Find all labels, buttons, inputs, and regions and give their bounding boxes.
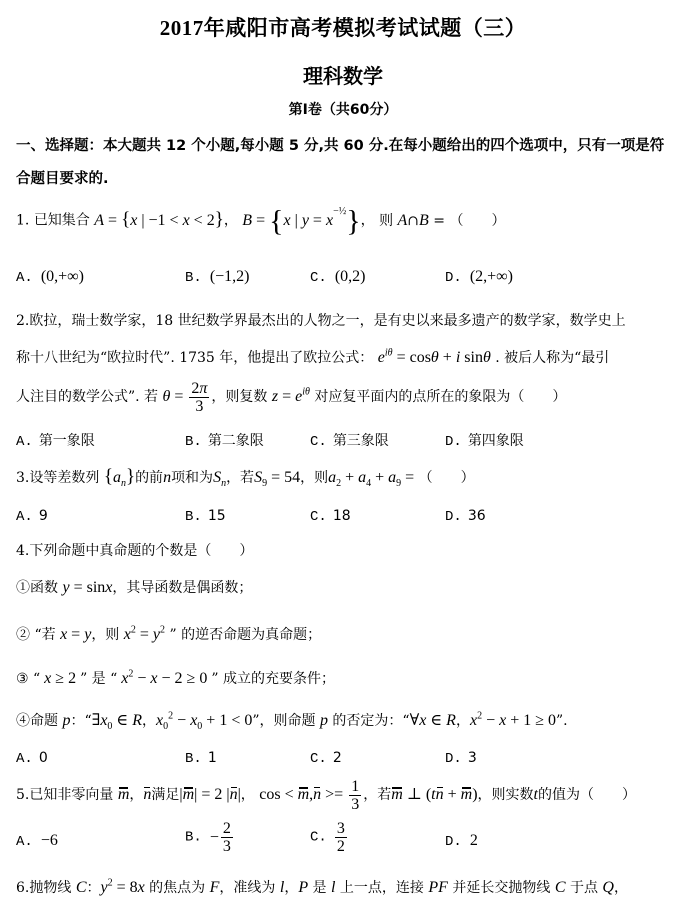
question-1: 1. 已知集合 A = {x | −1 < x < 2}， B = {x | y… (16, 206, 505, 236)
question-2-line1: 2.欧拉，瑞士数学家，18 世纪数学界最杰出的人物之一，是有史以来最多遗产的数学… (16, 310, 626, 330)
cosine-condition: cos < m,n >= 13 (259, 786, 363, 803)
section-instructions-line1: 一、选择题：本大题共 12 个小题,每小题 5 分,共 60 分.在每小题给出的… (16, 134, 664, 155)
q5-option-d[interactable]: D.2 (445, 832, 478, 850)
q4-proposition-4: ④命题 p：“∃x0 ∈ R，x02 − x0 + 1 < 0”，则命题 p 的… (16, 710, 568, 732)
question-2-line2: 称十八世纪为“欧拉时代”. 1735 年，他提出了欧拉公式： eiθ = cos… (16, 347, 609, 367)
question-6: 6.抛物线 C：y2 = 8x 的焦点为 F，准线为 l，P 是 l 上一点，连… (16, 877, 628, 897)
q4-option-a[interactable]: A.0 (16, 750, 48, 767)
q1-option-d[interactable]: D.(2,+∞) (445, 268, 513, 286)
question-5: 5.已知非零向量 m，n满足|m| = 2 |n|， cos < m,n >= … (16, 778, 636, 813)
q1-option-a[interactable]: A.(0,+∞) (16, 268, 84, 286)
q4-option-d[interactable]: D.3 (445, 750, 477, 767)
q1-option-c[interactable]: C.(0,2) (310, 268, 365, 286)
question-number: 1. (16, 213, 29, 229)
section-instructions-line2: 合题目要求的. (16, 167, 109, 188)
euler-formula: eiθ = cosθ + i sinθ (378, 349, 491, 366)
q5-option-c[interactable]: C.32 (310, 820, 349, 855)
exam-title: 2017年咸阳市高考模拟考试试题（三） (0, 12, 686, 42)
question-ask: 则 A∩B = （ ） (379, 213, 505, 229)
set-a-expression: A = {x | −1 < x < 2} (94, 212, 224, 229)
z-expression: z = eiθ (272, 388, 310, 405)
question-text: 已知集合 (34, 213, 90, 229)
question-3: 3.设等差数列 {an}的前n项和为Sn，若S9 = 54，则a2 + a4 +… (16, 466, 475, 489)
q3-option-d[interactable]: D.36 (445, 508, 486, 525)
q1-option-b[interactable]: B.(−1,2) (185, 268, 250, 286)
q2-option-b[interactable]: B.第二象限 (185, 430, 264, 450)
q4-proposition-3: ③ “ x ≥ 2 ” 是 “ x2 − x − 2 ≥ 0 ” 成立的充要条件… (16, 668, 335, 688)
exam-subtitle: 理科数学 (0, 60, 686, 89)
q3-option-c[interactable]: C.18 (310, 508, 351, 525)
vector-n: n (143, 786, 151, 804)
sequence-symbol: {an} (104, 469, 135, 486)
q5-option-a[interactable]: A.−6 (16, 832, 58, 850)
magnitude-condition: |m| = 2 |n| (179, 786, 240, 803)
q4-proposition-1: ①函数 y = sinx，其导函数是偶函数； (16, 577, 252, 597)
vector-m: m (118, 786, 130, 804)
perpendicular-condition: m ⊥ (tn + m) (391, 786, 477, 803)
q4-proposition-2: ② “若 x = y，则 x2 = y2 ” 的逆否命题为真命题； (16, 624, 321, 644)
question-4: 4.下列命题中真命题的个数是（ ） (16, 540, 253, 560)
q3-option-b[interactable]: B.15 (185, 508, 226, 525)
q2-option-a[interactable]: A.第一象限 (16, 430, 95, 450)
theta-value: θ = 2π3 (163, 388, 212, 405)
q2-option-c[interactable]: C.第三象限 (310, 430, 389, 450)
set-b-expression: B = {x | y = x−½} (242, 212, 360, 229)
sum-expression: a2 + a4 + a9 = (328, 469, 414, 486)
q3-option-a[interactable]: A.9 (16, 508, 48, 525)
question-2-line3: 人注目的数学公式”. 若 θ = 2π3，则复数 z = eiθ 对应复平面内的… (16, 380, 566, 415)
q4-option-c[interactable]: C.2 (310, 750, 342, 767)
volume-heading: 第Ⅰ卷（共60分） (0, 99, 686, 119)
sum-symbol: Sn (213, 469, 226, 486)
s9-value: S9 = 54 (254, 469, 300, 486)
q5-option-b[interactable]: B.−23 (185, 820, 235, 855)
q2-option-d[interactable]: D.第四象限 (445, 430, 524, 450)
q4-option-b[interactable]: B.1 (185, 750, 217, 767)
